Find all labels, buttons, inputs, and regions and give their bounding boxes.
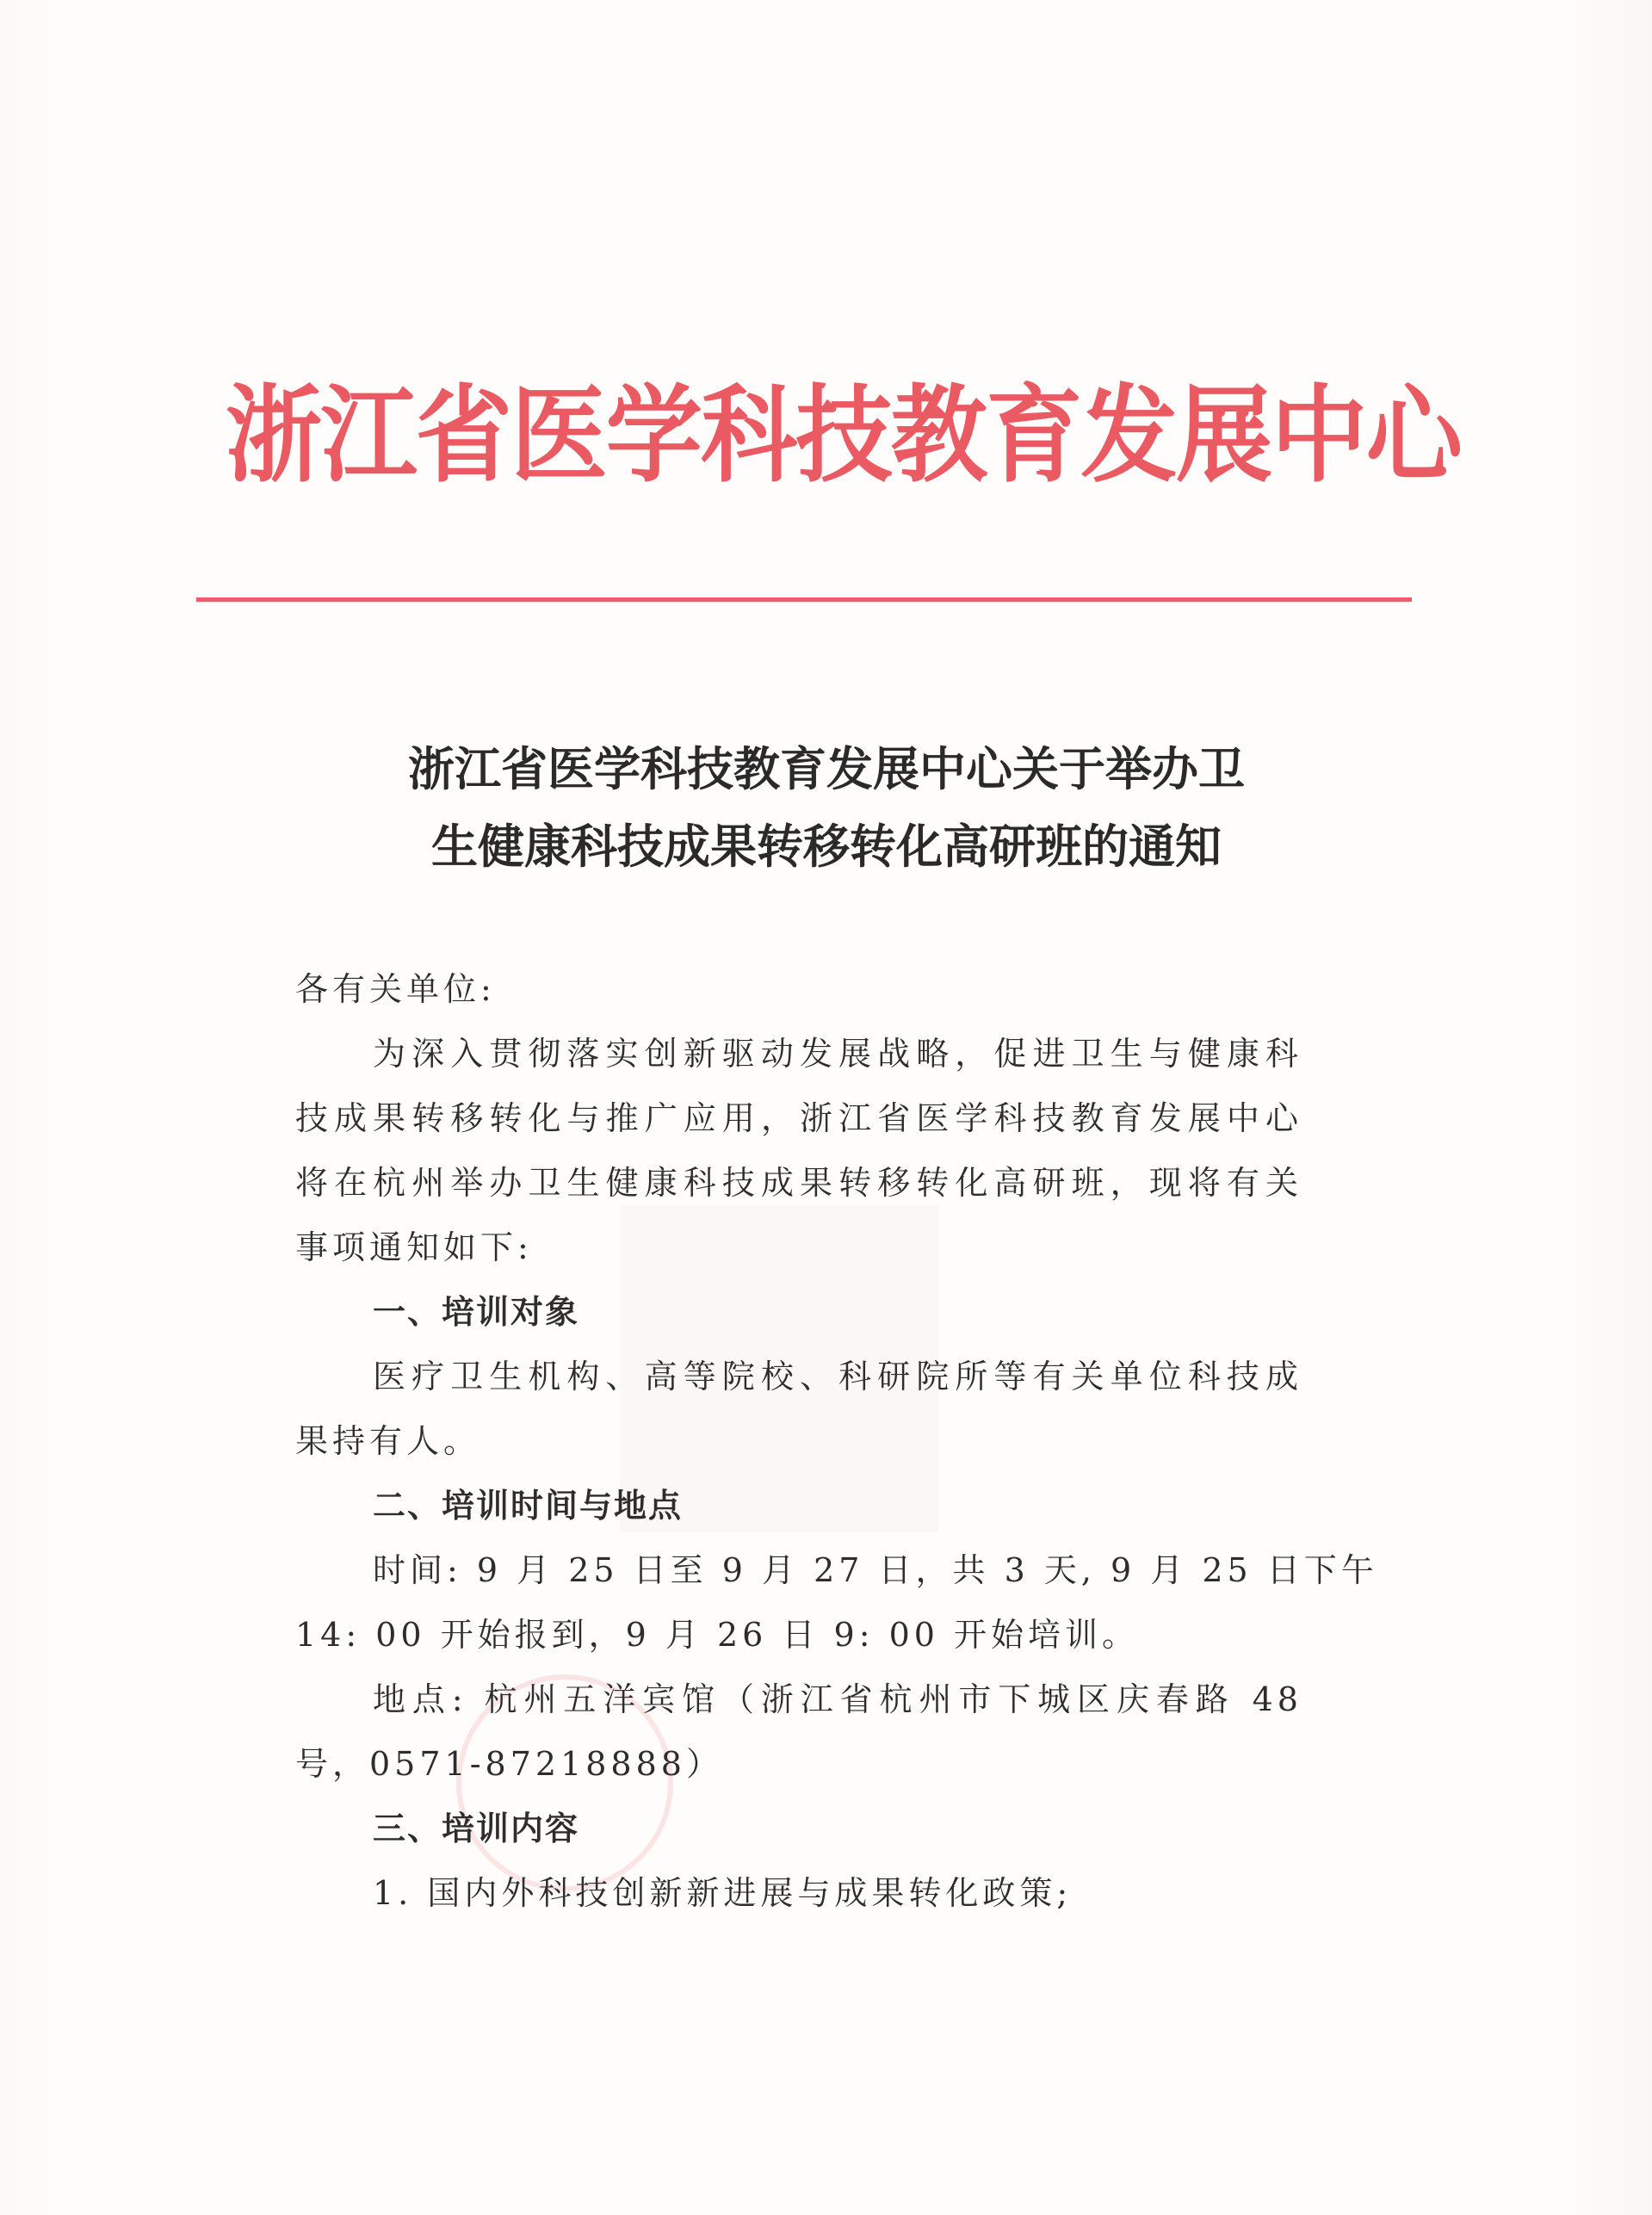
intro-line-2: 技成果转移转化与推广应用，浙江省医学科技教育发展中心: [295, 1097, 1302, 1140]
notice-title-line-2: 生健康科技成果转移转化高研班的通知: [258, 807, 1395, 885]
section-1-line-2: 果持有人。: [295, 1420, 1302, 1463]
section-heading-1: 一、培训对象: [373, 1290, 1302, 1333]
section-3-line-1: 1. 国内外科技创新新进展与成果转化政策;: [373, 1872, 1302, 1915]
notice-title-line-1: 浙江省医学科技教育发展中心关于举办卫: [258, 730, 1395, 807]
document-page: 浙江省医学科技教育发展中心 浙江省医学科技教育发展中心关于举办卫 生健康科技成果…: [0, 0, 1652, 2215]
intro-line-3: 将在杭州举办卫生健康科技成果转移转化高研班，现将有关: [295, 1161, 1302, 1204]
section-heading-3: 三、培训内容: [373, 1807, 1302, 1850]
notice-title: 浙江省医学科技教育发展中心关于举办卫 生健康科技成果转移转化高研班的通知: [258, 730, 1395, 885]
section-2-line-4: 号，0571-87218888）: [295, 1742, 1302, 1785]
salutation: 各有关单位:: [295, 968, 1302, 1011]
letterhead-red-divider: [196, 597, 1412, 602]
intro-line-1: 为深入贯彻落实创新驱动发展战略，促进卫生与健康科: [373, 1032, 1302, 1075]
intro-line-4: 事项通知如下:: [295, 1226, 1302, 1269]
section-heading-2: 二、培训时间与地点: [373, 1484, 1302, 1527]
letterhead-organization-name: 浙江省医学科技教育发展中心: [226, 370, 1302, 499]
section-1-line-1: 医疗卫生机构、高等院校、科研院所等有关单位科技成: [373, 1355, 1302, 1398]
section-2-line-2: 14: 00 开始报到，9 月 26 日 9: 00 开始培训。: [295, 1613, 1302, 1656]
section-2-line-3: 地点: 杭州五洋宾馆（浙江省杭州市下城区庆春路 48: [373, 1678, 1302, 1721]
section-2-line-1: 时间: 9 月 25 日至 9 月 27 日，共 3 天, 9 月 25 日下午: [373, 1549, 1302, 1592]
